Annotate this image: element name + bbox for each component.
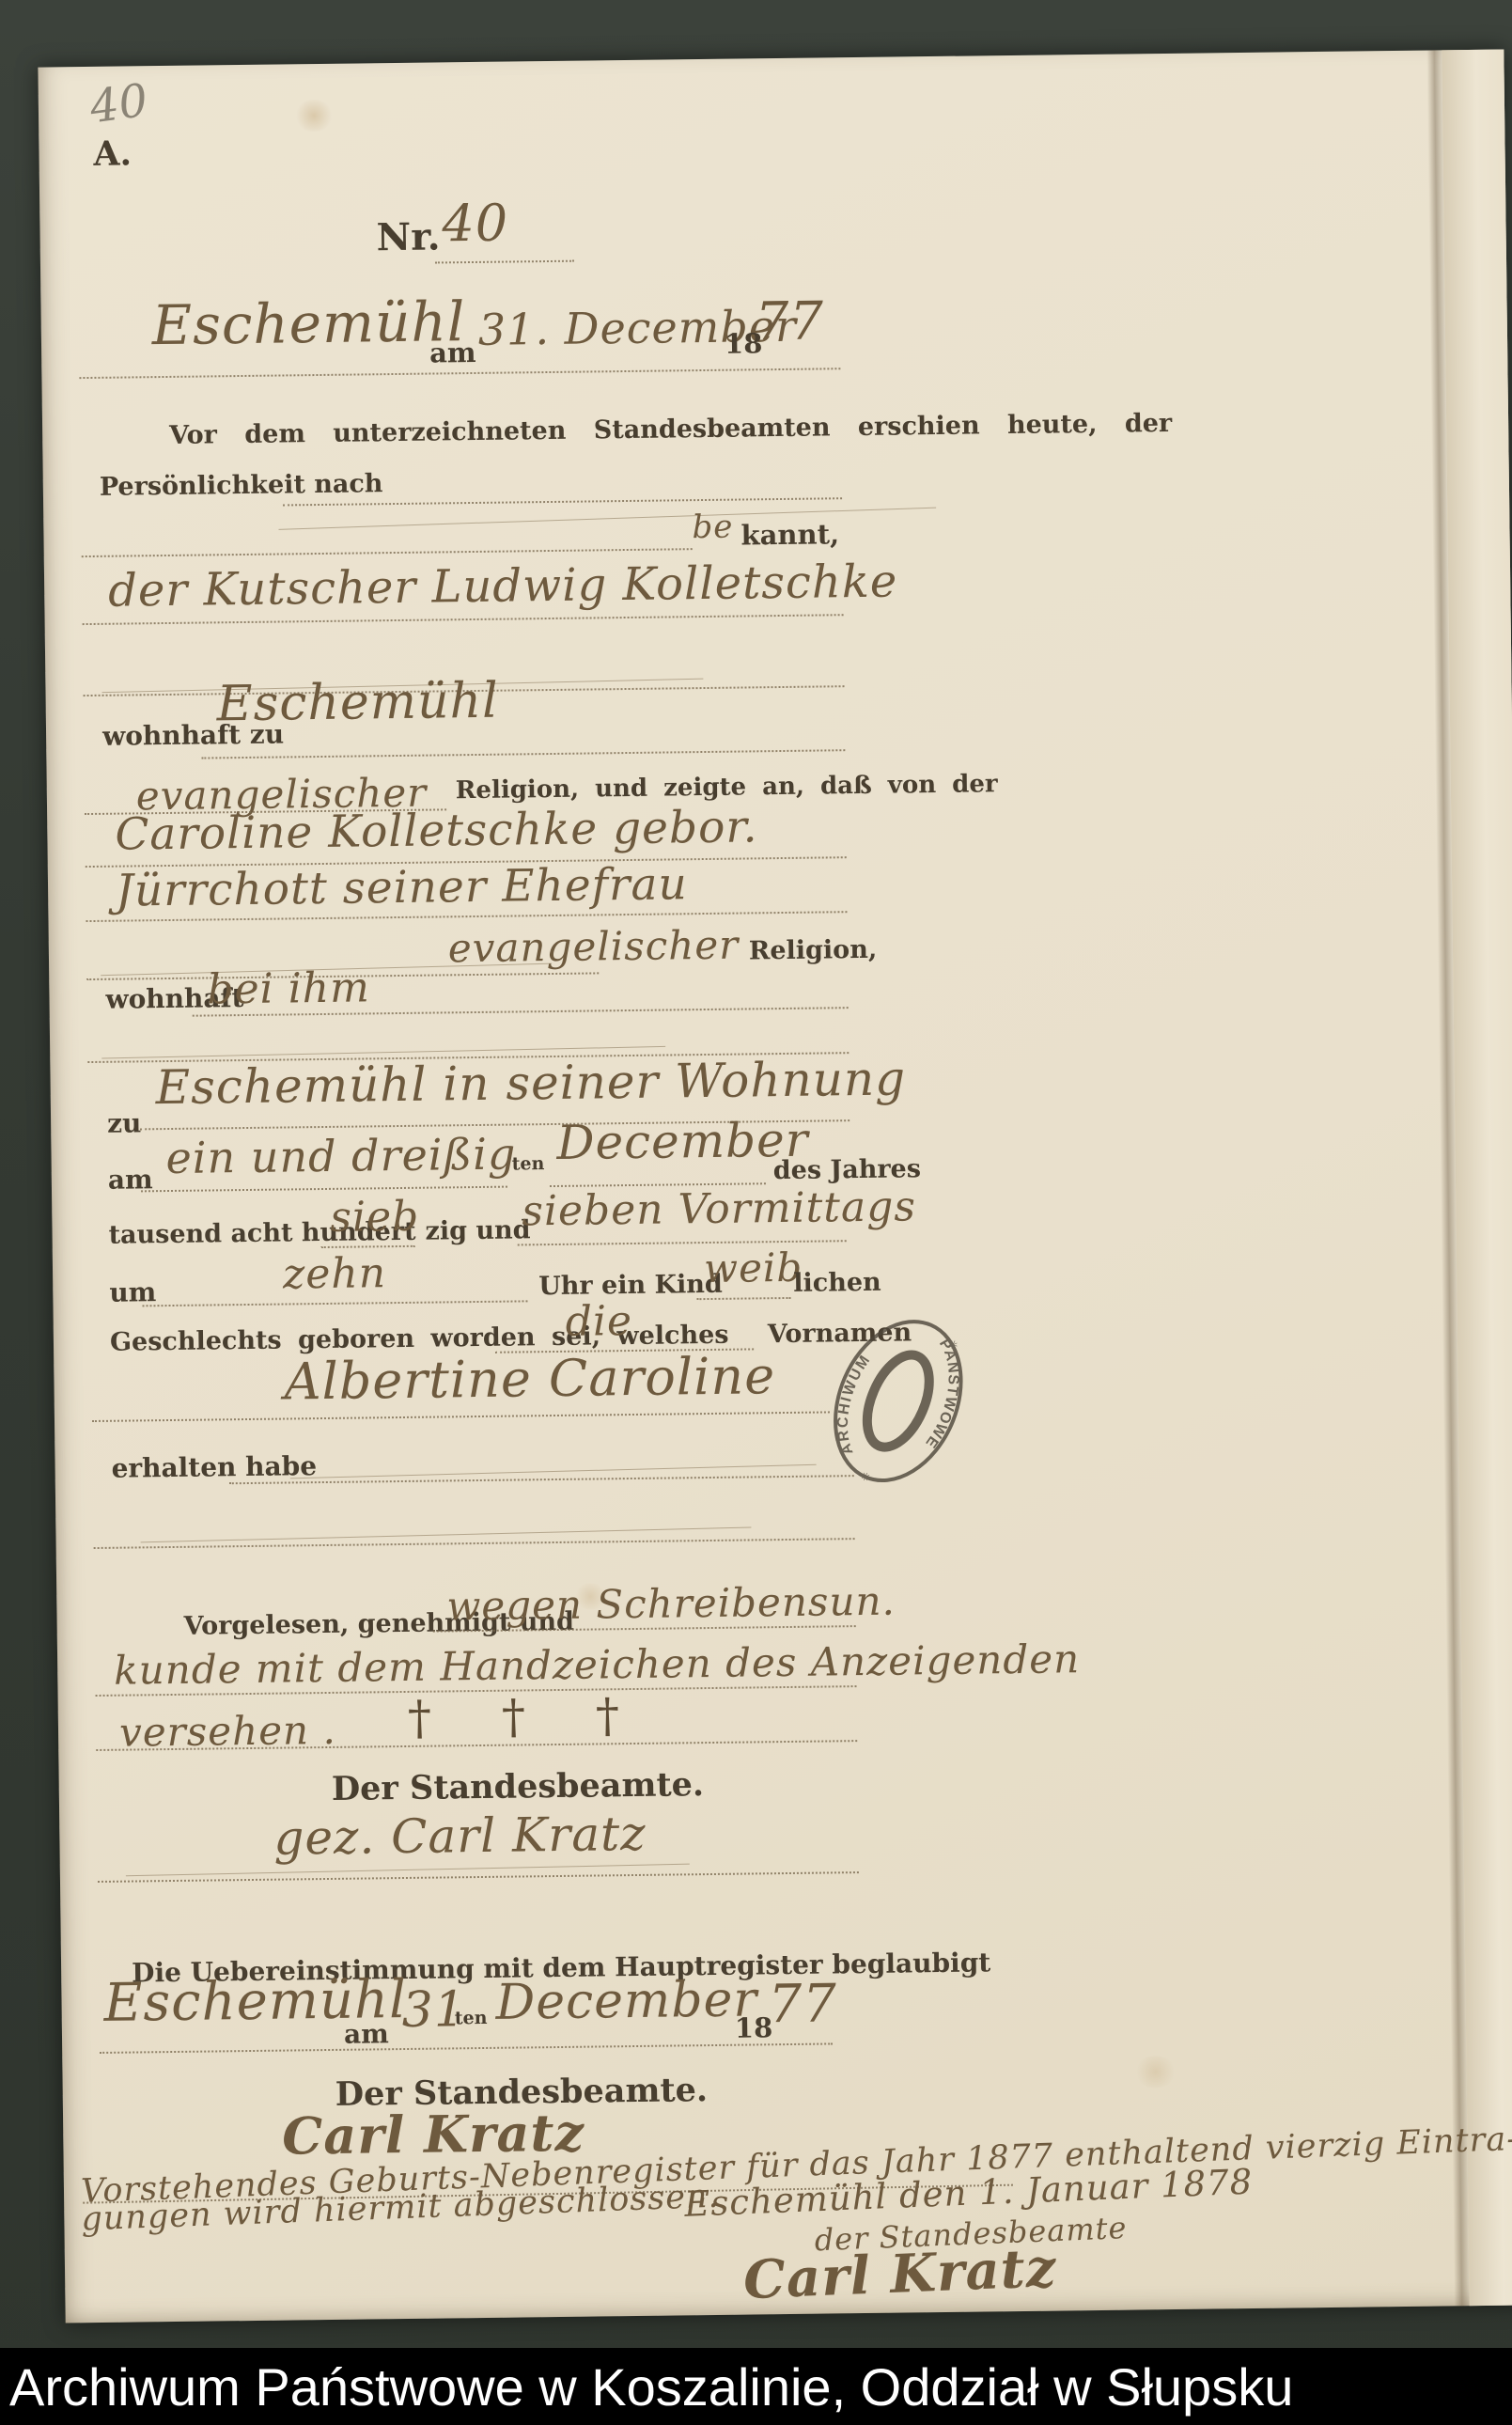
paper-stain <box>1133 2056 1177 2089</box>
religion2-printed: Religion, <box>749 935 878 966</box>
read-approved-hand2: kunde mit dem Handzeichen des Anzeigende… <box>114 1635 1080 1694</box>
known-handwritten: be <box>692 508 733 547</box>
dotted-line <box>321 1245 415 1248</box>
document-page: 40 A. Nr. 40 Eschemühl am 31. December 1… <box>38 50 1512 2323</box>
cert-am-label: am <box>344 2018 389 2050</box>
known-printed: kannt, <box>740 518 839 551</box>
read-approved-hand1: wegen Schreibensun. <box>446 1578 896 1630</box>
residence-value: Eschemühl <box>216 673 499 733</box>
gender-article-hand: die <box>565 1297 632 1346</box>
birthdate-ten-suffix: ten <box>512 1153 545 1174</box>
birthtime-value: zehn <box>283 1249 387 1298</box>
pencil-folio-number: 40 <box>86 74 150 134</box>
header-place: Eschemühl <box>151 289 465 357</box>
dotted-line <box>82 548 693 557</box>
cert-ten-suffix: ten <box>455 2008 488 2028</box>
intro-line-1: Vor dem unterzeichneten Standesbeamten e… <box>169 409 1172 450</box>
paper-stain <box>294 100 334 133</box>
registrar-signature-1: gez. Carl Kratz <box>273 1807 647 1866</box>
residence2-value: bei ihm <box>207 963 370 1013</box>
handmark-cross: † <box>502 1689 526 1744</box>
child-sex-hand: weib <box>704 1244 803 1291</box>
birthdate-day: ein und dreißig <box>165 1128 516 1183</box>
handmark-cross: † <box>408 1691 432 1745</box>
header-year: 77 <box>755 290 824 352</box>
archive-caption-text: Archiwum Państwowe w Koszalinie, Oddział… <box>0 2356 1293 2417</box>
record-number-label: Nr. <box>376 214 440 259</box>
dotted-line <box>100 2042 833 2054</box>
dotted-line <box>283 497 842 506</box>
birthplace-label: zu <box>107 1107 142 1138</box>
birthdate-jahres-label: des Jahres <box>773 1154 922 1185</box>
mother-name-line2: Jürrchott seiner Ehefrau <box>116 858 688 916</box>
header-am-label: am <box>429 336 476 369</box>
birthyear-hand1: sieb <box>330 1193 419 1242</box>
record-number-value: 40 <box>442 194 508 254</box>
dotted-line <box>201 749 845 759</box>
closure-signature: Carl Kratz <box>742 2237 1058 2311</box>
dotted-line <box>142 1300 527 1306</box>
dotted-line <box>92 1411 830 1422</box>
stamp-star-bottom: ✳ <box>859 1469 873 1485</box>
child-names: Albertine Caroline <box>284 1346 775 1411</box>
received-label: erhalten habe <box>111 1450 317 1484</box>
birthdate-month: December <box>556 1113 809 1170</box>
birthyear-hand2: sieben Vormittags <box>522 1182 916 1235</box>
religion1-printed: Religion, und zeigte an, daß von der <box>456 770 998 805</box>
intro-line-2: Persönlichkeit nach <box>100 469 383 502</box>
archive-caption-bar: Archiwum Państwowe w Koszalinie, Oddział… <box>0 2348 1512 2425</box>
birthplace-value: Eschemühl in seiner Wohnung <box>155 1051 906 1115</box>
stamp-outer-ring <box>812 1302 985 1500</box>
handmark-cross: † <box>596 1688 620 1743</box>
archive-stamp: ARCHIWUM PAŃSTWOWE ✳ ✳ <box>782 1275 1014 1527</box>
declarant-name: der Kutscher Ludwig Kolletschke <box>108 555 898 617</box>
birthtime-um-label: um <box>109 1276 156 1308</box>
cert-month: December <box>495 1971 757 2030</box>
cert-year: 77 <box>768 1973 837 2035</box>
section-letter: A. <box>93 133 132 173</box>
dotted-line <box>79 368 840 379</box>
mother-name-line1: Caroline Kolletschke gebor. <box>115 801 758 860</box>
registrar-heading-1: Der Standesbeamte. <box>332 1765 705 1808</box>
cert-century: 18 <box>735 2011 773 2043</box>
birthyear-printed2: zig und <box>425 1215 530 1245</box>
dotted-line <box>435 260 574 264</box>
archive-scan-view: { "page": { "pencil_number": "40", "sect… <box>0 0 1512 2425</box>
dotted-line <box>696 1297 790 1300</box>
dotted-line <box>141 1186 507 1193</box>
